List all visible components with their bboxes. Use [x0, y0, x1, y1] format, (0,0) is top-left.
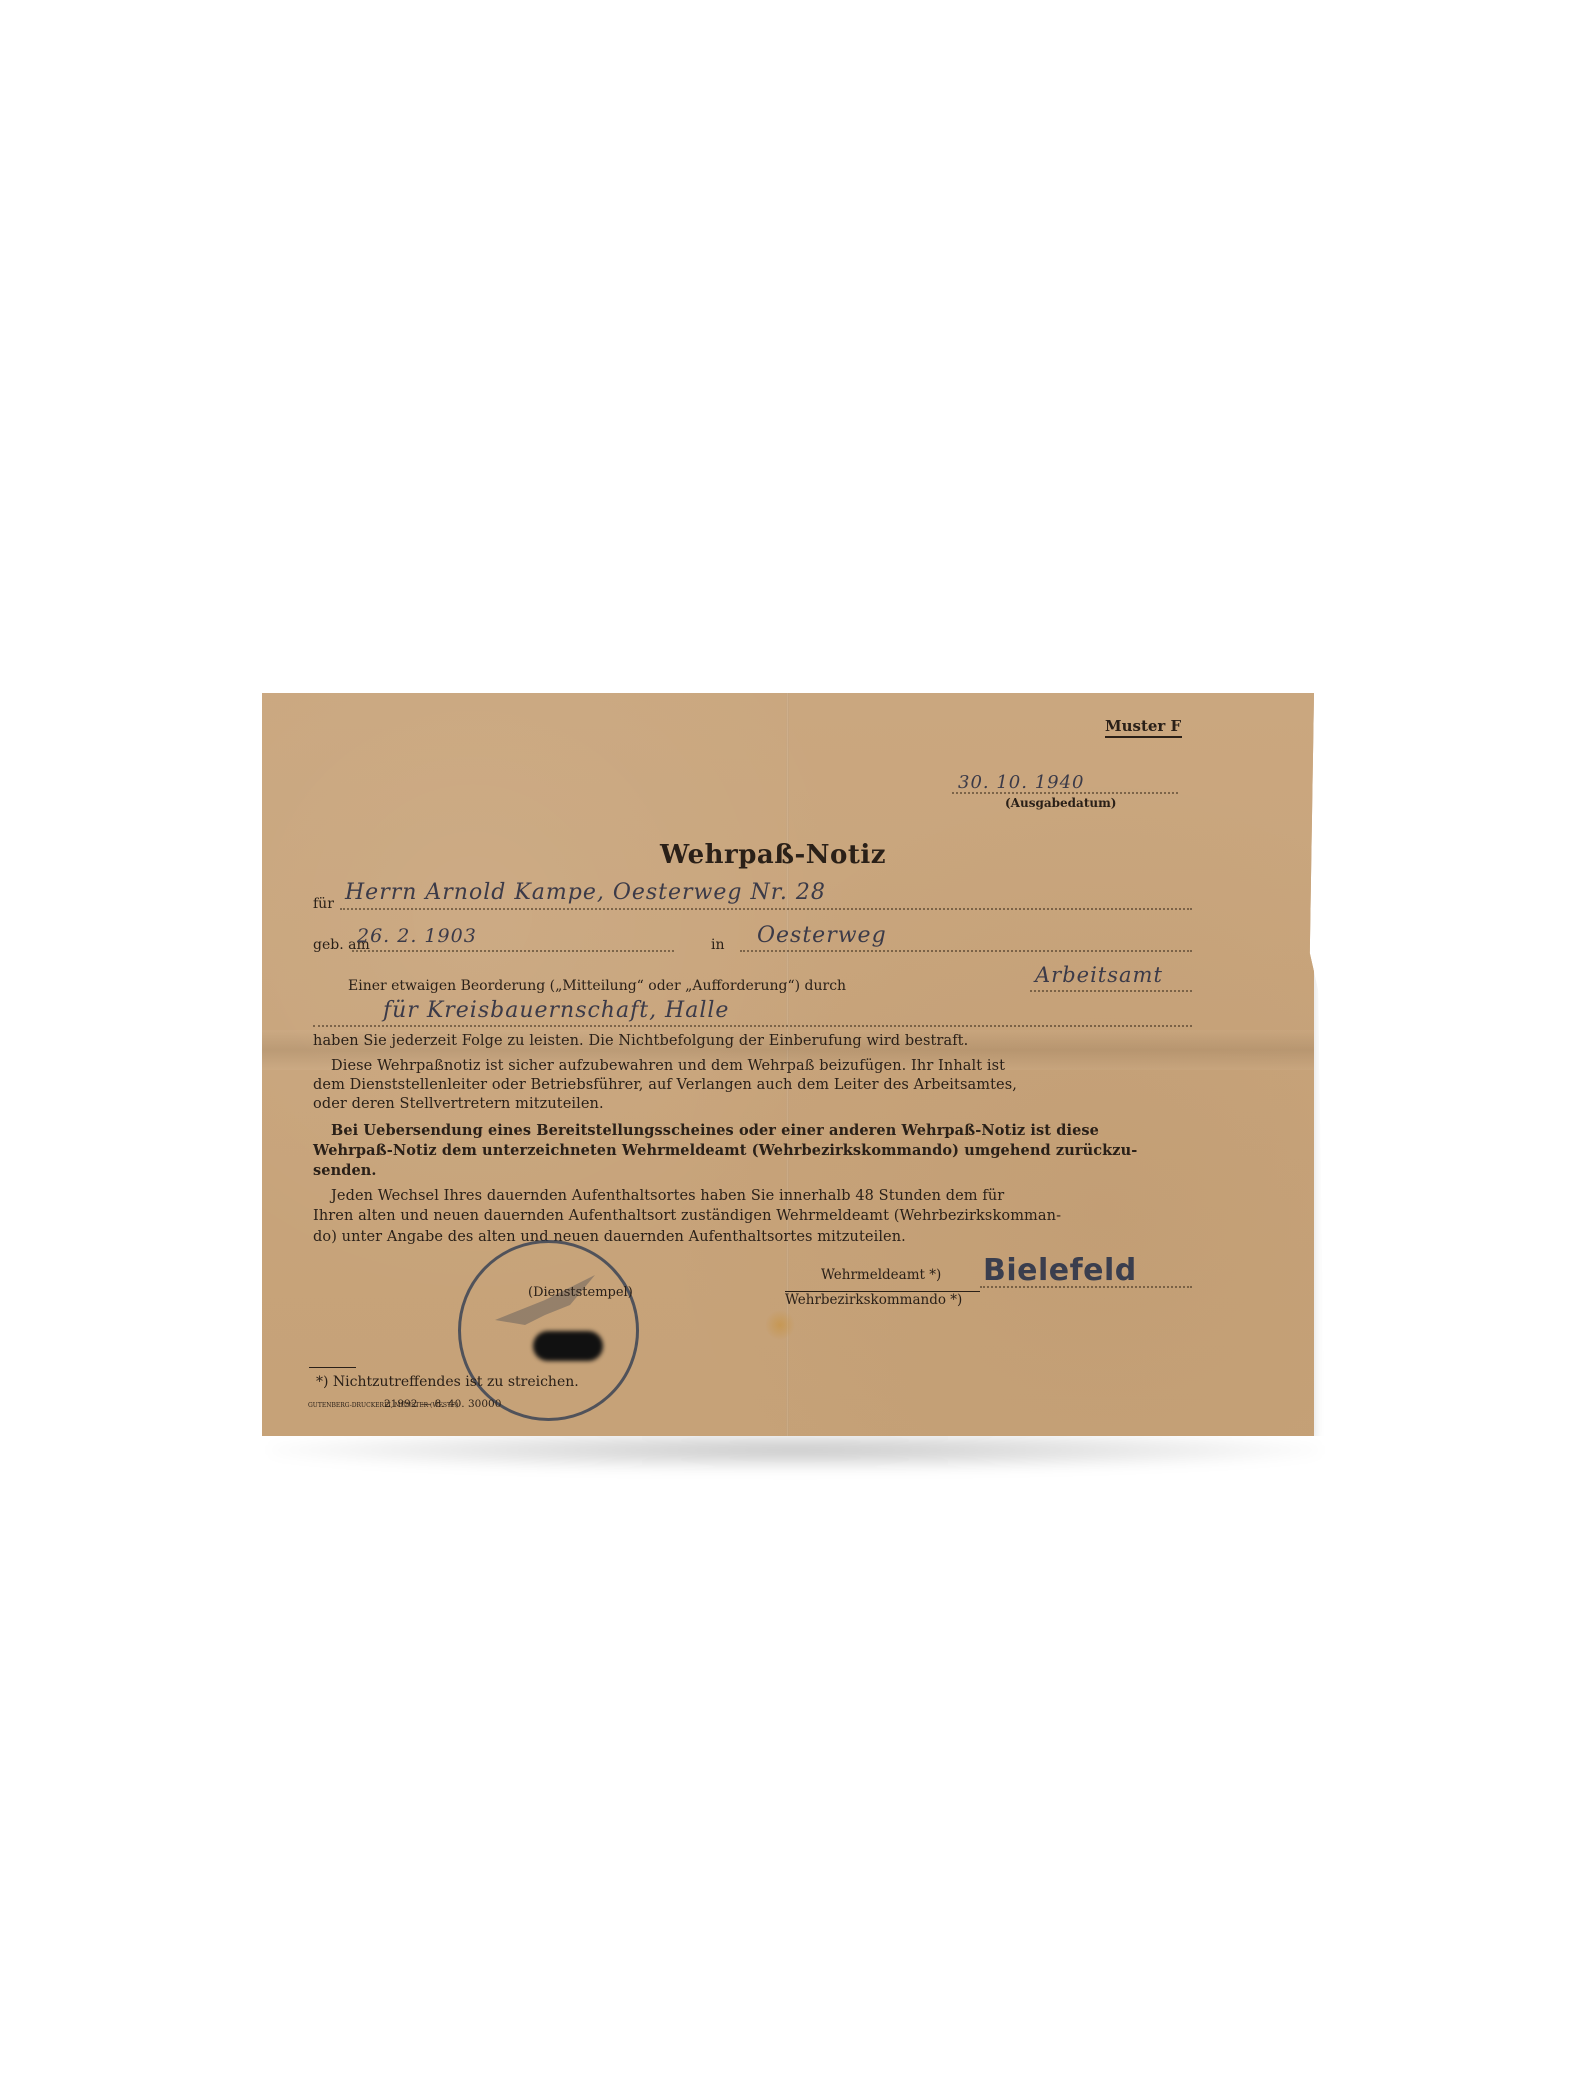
recipient-label: für — [313, 896, 334, 912]
redacted-emblem — [533, 1331, 603, 1361]
order-text: Einer etwaigen Beorderung („Mitteilung“ … — [348, 978, 846, 994]
issue-date-line — [952, 792, 1178, 794]
birth-date: 26. 2. 1903 — [357, 925, 477, 947]
order-authority-line-2 — [313, 1025, 1192, 1027]
birth-place-line — [740, 950, 1192, 952]
stamp-label: (Dienststempel) — [528, 1285, 633, 1300]
recipient-name: Herrn Arnold Kampe, Oesterweg Nr. 28 — [345, 880, 826, 905]
print-code: 21992 — 8. 40. 30000 — [384, 1398, 501, 1410]
footnote-rule — [309, 1367, 356, 1368]
order-authority-line-1 — [1030, 990, 1192, 992]
paragraph-2-line-3: senden. — [313, 1161, 377, 1180]
form-label: Muster F — [1105, 717, 1181, 735]
birth-place-label: in — [711, 937, 725, 953]
office-label-wehrbezirkskommando: Wehrbezirkskommando *) — [785, 1292, 962, 1308]
paragraph-3-line-2: Ihren alten und neuen dauernden Aufentha… — [313, 1207, 1061, 1226]
paragraph-2-line-1: Bei Uebersendung eines Bereitstellungssc… — [331, 1121, 1099, 1140]
order-authority-2: für Kreisbauernschaft, Halle — [383, 998, 729, 1023]
birth-date-line — [352, 950, 674, 952]
paragraph-3-line-1: Jeden Wechsel Ihres dauernden Aufenthalt… — [331, 1187, 1004, 1206]
paragraph-1-line-2: dem Dienststellenleiter oder Betriebsfüh… — [313, 1076, 1017, 1095]
birth-place: Oesterweg — [757, 923, 887, 948]
order-authority-1: Arbeitsamt — [1035, 963, 1163, 987]
office-line — [980, 1286, 1192, 1288]
issue-date: 30. 10. 1940 — [958, 772, 1085, 793]
eagle-stamp-icon — [490, 1270, 600, 1340]
paragraph-2-line-2: Wehrpaß-Notiz dem unterzeichneten Wehrme… — [313, 1141, 1137, 1160]
paragraph-3-line-3: do) unter Angabe des alten und neuen dau… — [313, 1228, 906, 1247]
office-stamp-name: Bielefeld — [983, 1253, 1137, 1288]
office-label-wehrmeldeamt: Wehrmeldeamt *) — [821, 1267, 941, 1283]
paragraph-1-line-1: Diese Wehrpaßnotiz ist sicher aufzubewah… — [331, 1057, 1005, 1076]
footnote: *) Nichtzutreffendes ist zu streichen. — [316, 1374, 579, 1390]
recipient-line — [340, 908, 1192, 910]
obligation-text: haben Sie jederzeit Folge zu leisten. Di… — [313, 1032, 968, 1051]
paper-shadow — [270, 1430, 1320, 1470]
issue-date-label: (Ausgabedatum) — [1005, 796, 1116, 810]
document-title: Wehrpaß-Notiz — [660, 840, 886, 870]
paragraph-1-line-3: oder deren Stellvertretern mitzuteilen. — [313, 1095, 604, 1114]
paper-stain — [765, 1310, 795, 1340]
form-label-underline — [1105, 736, 1182, 738]
